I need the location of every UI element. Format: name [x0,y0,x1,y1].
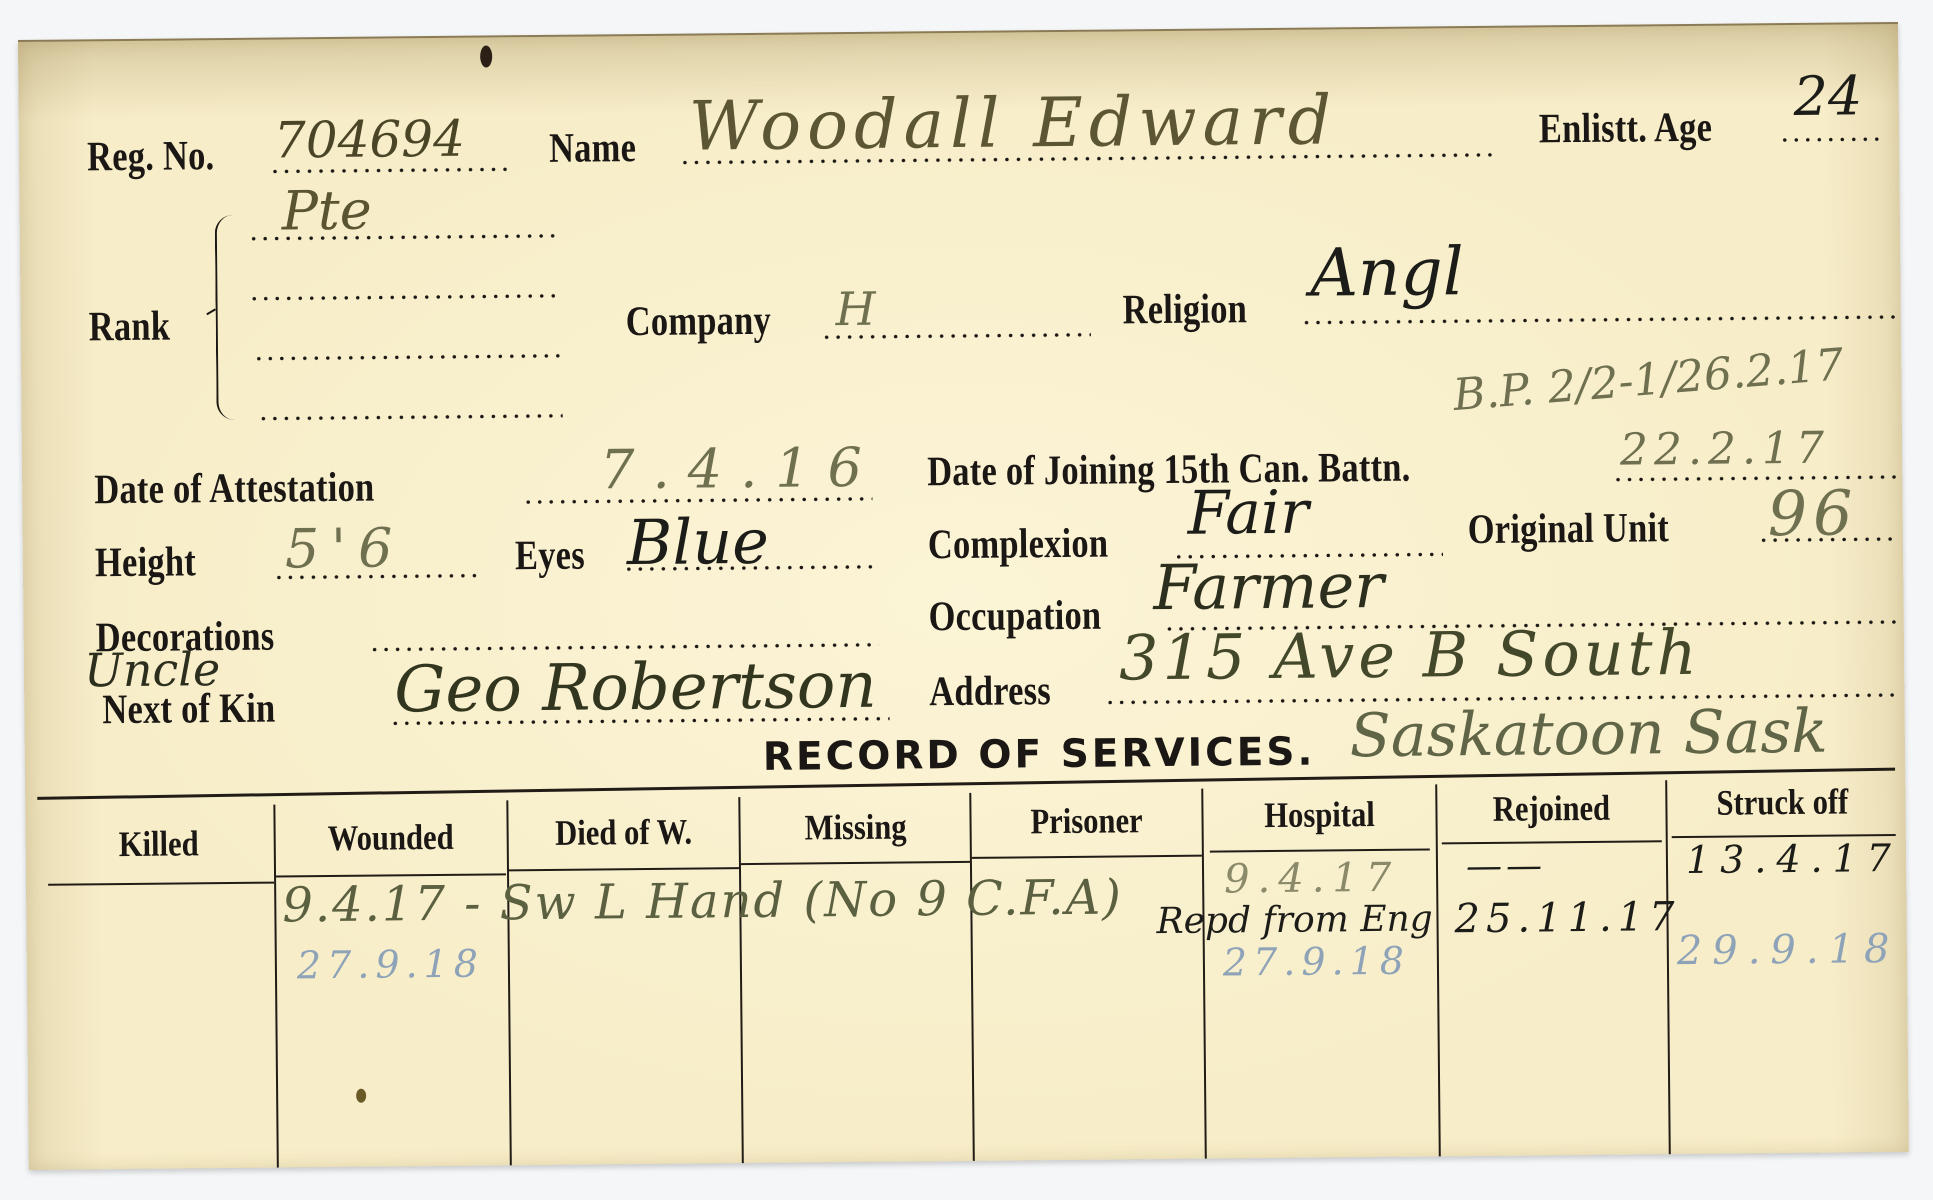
rank-dotted-line-4 [258,413,563,422]
hospital-entry-3: 27.9.18 [1223,939,1410,985]
column-divider [738,797,744,1163]
rejoined-entry-1: —— [1466,845,1546,887]
complexion-label: Complexion [928,520,1109,570]
column-header-rejoined: Rejoined [1454,786,1648,830]
religion-dotted-line [1301,314,1896,326]
reg-no-value: 704694 [274,110,465,170]
religion-label: Religion [1122,285,1247,334]
original-unit-value: 96 [1767,476,1859,550]
column-divider [969,793,975,1161]
header-rule [741,861,970,865]
column-header-hospital: Hospital [1221,793,1419,837]
complexion-value: Fair [1187,478,1309,549]
wounded-entry-1: 9.4.17 - Sw L Hand (No 9 C.F.A) [282,869,1123,933]
religion-value: Angl [1310,233,1464,311]
occupation-label: Occupation [928,592,1101,642]
company-value: H [835,282,876,336]
eyes-label: Eyes [515,532,585,581]
address-line-2: Saskatoon Sask [1349,697,1828,772]
company-label: Company [626,297,772,346]
enlist-age-label: Enlistt. Age [1539,104,1713,154]
reg-no-label: Reg. No. [87,132,215,181]
header-rule [1442,840,1662,844]
next-of-kin-value: Geo Robertson [394,649,877,728]
column-header-died-of-wounds: Died of W. [526,810,722,854]
header-rule [972,855,1202,859]
name-value: Woodall Edward [688,81,1337,166]
occupation-value: Farmer [1153,549,1384,624]
date-of-attestation-label: Date of Attestation [94,464,375,515]
ink-spot [356,1089,366,1103]
column-divider [506,800,512,1165]
next-of-kin-label: Next of Kin [102,685,275,735]
hospital-entry-1: 9.4.17 [1224,855,1400,903]
struck-off-entry-1: 13.4.17 [1686,836,1901,882]
rejoined-entry-2: 25.11.17 [1454,894,1681,942]
wounded-entry-2: 27.9.18 [297,942,484,988]
rank-dotted-line-2 [248,293,558,302]
column-header-missing: Missing [758,805,954,849]
rank-dotted-line-3 [253,353,563,362]
hospital-entry-2: Repd from Eng [1156,898,1433,942]
height-value: 5'6 [285,516,405,580]
service-record-card: Reg. No. 704694 Name Woodall Edward Enli… [18,22,1909,1170]
rank-value-1: Pte [281,179,372,243]
header-rule [1210,848,1430,852]
record-of-services-title: RECORD OF SERVICES. [763,730,1316,780]
header-rule [509,867,739,871]
column-divider [1665,780,1671,1154]
column-divider [1435,784,1441,1156]
eyes-value: Blue [627,505,770,579]
column-divider [273,805,278,1168]
original-unit-label: Original Unit [1468,504,1670,554]
date-of-joining-value: 22.2.17 [1620,423,1830,476]
header-rule [48,882,274,886]
address-line-1: 315 Ave B South [1119,616,1701,695]
name-label: Name [549,124,637,173]
date-of-attestation-value: 7.4.16 [600,436,880,502]
date-of-joining-label: Date of Joining 15th Can. Battn. [927,444,1411,497]
struck-off-entry-2: 29.9.18 [1677,926,1900,974]
height-label: Height [95,538,196,587]
column-header-prisoner: Prisoner [989,799,1185,843]
date-of-joining-note: B.P. 2/2-1/26.2.17 [1451,339,1845,421]
column-header-killed: Killed [61,822,257,866]
rank-label: Rank [89,303,171,352]
ink-blot [480,45,492,67]
column-divider [1201,789,1207,1159]
address-label: Address [929,667,1051,716]
enlist-age-value: 24 [1793,64,1862,128]
column-header-wounded: Wounded [293,816,489,860]
enlist-age-dotted-line [1779,136,1879,143]
column-header-struck-off: Struck off [1684,780,1880,824]
